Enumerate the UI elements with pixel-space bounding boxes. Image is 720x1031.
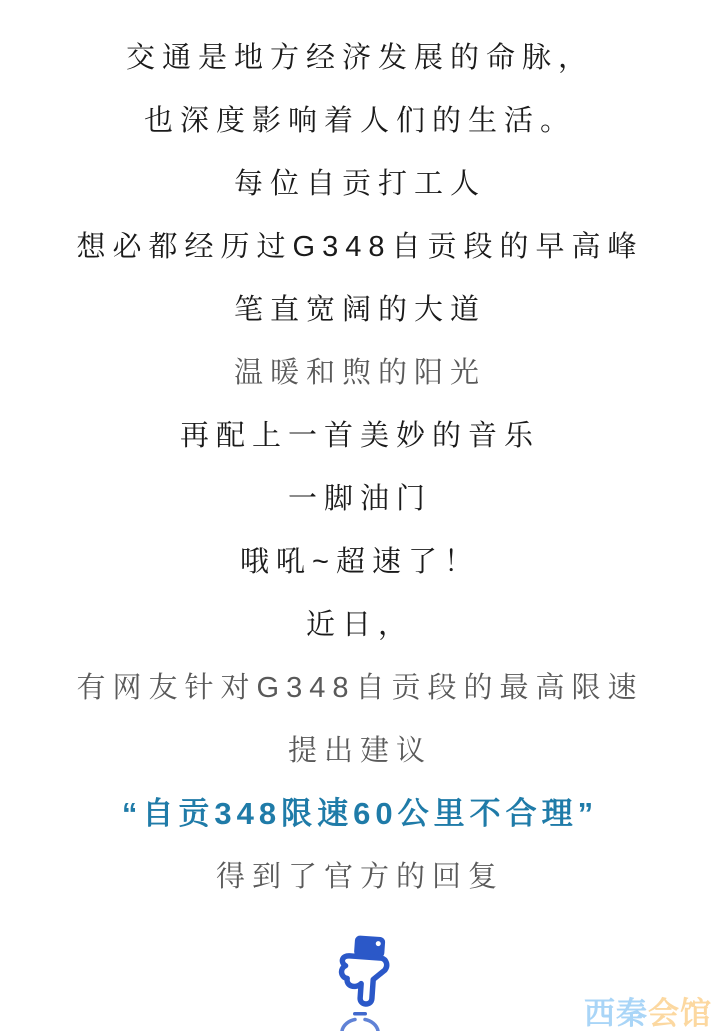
text-line-6: 温暖和煦的阳光 (0, 356, 720, 390)
watermark: 西秦会馆 (584, 988, 712, 1031)
text-line-3: 每位自贡打工人 (0, 167, 720, 201)
text-line-4: 想必都经历过G348自贡段的早高峰 (0, 230, 720, 264)
watermark-part1: 西秦 (584, 996, 648, 1031)
text-line-5: 笔直宽阔的大道 (0, 293, 720, 327)
text-line-8: 一脚油门 (0, 482, 720, 516)
hand-outline (339, 955, 387, 1005)
text-line-12: 提出建议 (0, 734, 720, 768)
text-line-1: 交通是地方经济发展的命脉， (0, 41, 720, 75)
tap-ripple-icon (334, 1006, 386, 1031)
text-line-13: “自贡348限速60公里不合理” (0, 797, 720, 831)
article-page: 交通是地方经济发展的命脉，也深度影响着人们的生活。每位自贡打工人想必都经历过G3… (0, 0, 720, 1031)
text-line-10: 近日， (0, 608, 720, 642)
text-line-11: 有网友针对G348自贡段的最高限速 (0, 671, 720, 705)
text-line-9: 哦吼~超速了！ (0, 545, 720, 579)
text-line-2: 也深度影响着人们的生活。 (0, 104, 720, 138)
text-line-14: 得到了官方的回复 (0, 860, 720, 894)
article-text-column: 交通是地方经济发展的命脉，也深度影响着人们的生活。每位自贡打工人想必都经历过G3… (0, 41, 720, 923)
text-line-7: 再配上一首美妙的音乐 (0, 419, 720, 453)
watermark-part2: 会馆 (648, 996, 712, 1031)
